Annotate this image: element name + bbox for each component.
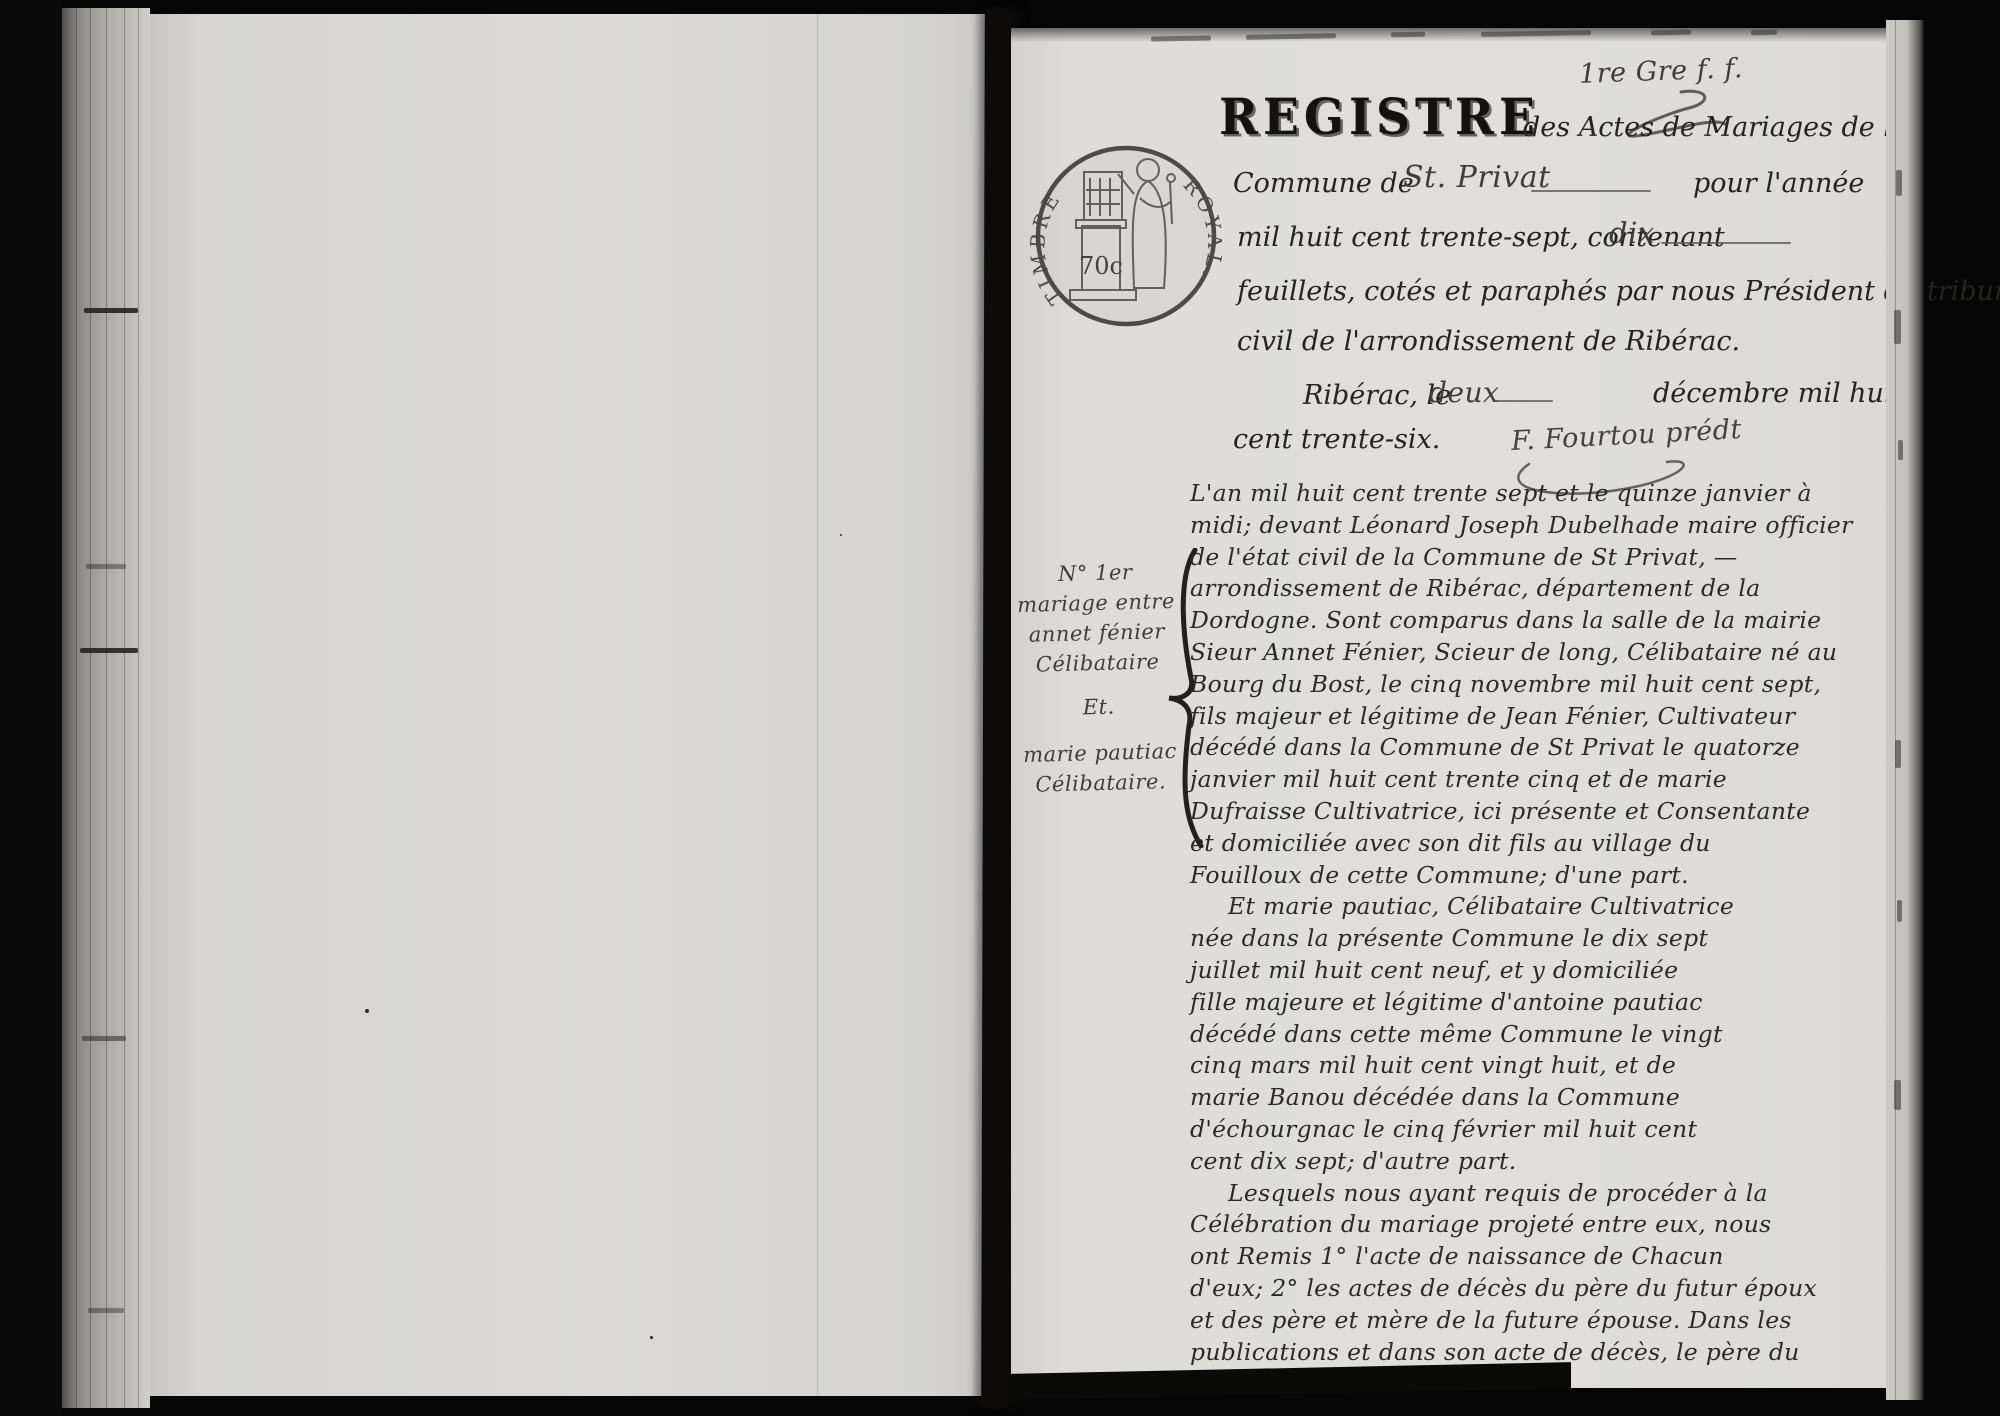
- act-text-line: décédé dans cette même Commune le vingt: [1190, 1019, 1896, 1051]
- ink-bleed-mark: [1894, 310, 1901, 344]
- act-text-line: Célébration du mariage projeté entre eux…: [1190, 1209, 1896, 1241]
- marriage-act-text: L'an mil huit cent trente sept et le qui…: [1190, 478, 1896, 1368]
- page-edge-line: [106, 8, 107, 1408]
- binding-stitch-mark: [82, 1036, 126, 1041]
- ink-bleed-mark: [1897, 900, 1902, 922]
- ruled-fill-line: [1661, 242, 1791, 244]
- act-text-line: Et marie pautiac, Célibataire Cultivatri…: [1190, 891, 1896, 923]
- register-page: 1re Gre f. f. TIMBRE ROYAL.: [1011, 28, 1886, 1388]
- paper-fold-line: [817, 14, 818, 1396]
- margin-note-line: marie pautiac: [1021, 736, 1180, 770]
- act-text-line: ont Remis 1° l'acte de naissance de Chac…: [1190, 1241, 1896, 1273]
- margin-note-line: Célibataire: [1018, 646, 1177, 680]
- act-text-line: de l'état civil de la Commune de St Priv…: [1190, 542, 1896, 574]
- stamp-denomination-label: 70c: [1079, 252, 1123, 280]
- pour-annee-label: pour l'année: [1693, 168, 1864, 199]
- arrondissement-line: civil de l'arrondissement de Ribérac.: [1237, 326, 1740, 357]
- ink-bleed-mark: [1894, 1080, 1901, 1110]
- ruled-fill-line: [1493, 400, 1553, 402]
- act-text-line: Bourg du Bost, le cinq novembre mil huit…: [1190, 669, 1896, 701]
- register-title: REGISTRE: [1219, 89, 1540, 147]
- page-edge-line: [76, 8, 77, 1408]
- act-text-line: et des père et mère de la future épouse.…: [1190, 1305, 1896, 1337]
- margin-note-line: Célibataire.: [1021, 766, 1180, 800]
- margin-note-line: Et.: [1019, 690, 1178, 724]
- binding-stitch-mark: [84, 308, 138, 313]
- title-continuation: des Actes de Mariages de la: [1523, 112, 1908, 143]
- book-scan: 1re Gre f. f. TIMBRE ROYAL.: [0, 0, 2000, 1416]
- act-text-line: Dordogne. Sont comparus dans la salle de…: [1190, 605, 1896, 637]
- act-text-line: décédé dans la Commune de St Privat le q…: [1190, 732, 1896, 764]
- act-text-line: fils majeur et légitime de Jean Fénier, …: [1190, 701, 1896, 733]
- act-text-line: Lesquels nous ayant requis de procéder à…: [1190, 1178, 1896, 1210]
- blank-left-page: [150, 14, 985, 1396]
- page-curl-shadow: [1011, 1362, 1571, 1400]
- margin-note-line: mariage entre: [1017, 586, 1176, 620]
- president-signature: F. Fourtou prédt: [1510, 414, 1742, 457]
- binding-stitch-mark: [80, 648, 138, 653]
- cutoff-text-fragment: [1651, 30, 1691, 36]
- act-text-line: cent dix sept; d'autre part.: [1190, 1146, 1896, 1178]
- margin-note-line: N° 1er: [1016, 556, 1175, 590]
- act-text-line: Fouilloux de cette Commune; d'une part.: [1190, 860, 1896, 892]
- page-edge-line: [1895, 20, 1896, 1400]
- ink-bleed-mark: [1895, 740, 1901, 768]
- scan-left-edge: [0, 0, 62, 1416]
- commune-name-entry: St. Privat: [1403, 160, 1551, 195]
- act-text-line: d'échourgnac le cinq février mil huit ce…: [1190, 1114, 1896, 1146]
- day-entry: deux: [1429, 376, 1499, 409]
- page-edge-line: [124, 8, 125, 1408]
- act-text-line: juillet mil huit cent neuf, et y domicil…: [1190, 955, 1896, 987]
- act-text-line: Dufraisse Cultivatrice, ici présente et …: [1190, 796, 1896, 828]
- act-text-line: janvier mil huit cent trente cinq et de …: [1190, 764, 1896, 796]
- binding-stitch-mark: [88, 1308, 124, 1313]
- page-edge-line: [138, 8, 139, 1408]
- page-edge-line: [90, 8, 91, 1408]
- act-text-line: arrondissement de Ribérac, département d…: [1190, 573, 1896, 605]
- book-binding-edge: [62, 8, 150, 1408]
- book-gutter-shadow: [981, 10, 1013, 1406]
- act-text-line: née dans la présente Commune le dix sept: [1190, 923, 1896, 955]
- binding-stitch-mark: [86, 564, 126, 569]
- margin-note-line: annet fénier: [1017, 616, 1176, 650]
- act-text-line: fille majeure et légitime d'antoine paut…: [1190, 987, 1896, 1019]
- timbre-royal-stamp: TIMBRE ROYAL. 70c: [1030, 138, 1222, 334]
- act-text-line: et domiciliée avec son dit fils au villa…: [1190, 828, 1896, 860]
- act-text-line: midi; devant Léonard Joseph Dubelhade ma…: [1190, 510, 1896, 542]
- act-text-line: d'eux; 2° les actes de décès du père du …: [1190, 1273, 1896, 1305]
- corner-annotation: 1re Gre f. f.: [1579, 53, 1744, 90]
- dust-speck: [650, 1336, 653, 1339]
- ink-bleed-mark: [1896, 170, 1902, 196]
- act-text-line: marie Banou décédée dans la Commune: [1190, 1082, 1896, 1114]
- act-text-line: L'an mil huit cent trente sept et le qui…: [1190, 478, 1896, 510]
- act-text-line: Sieur Annet Fénier, Scieur de long, Céli…: [1190, 637, 1896, 669]
- ruled-fill-line: [1531, 190, 1651, 192]
- month-year-label: décembre mil huit: [1653, 378, 1903, 409]
- commune-label: Commune de: [1233, 168, 1414, 199]
- feuillets-count-entry: dix: [1609, 216, 1655, 250]
- margin-note: N° 1ermariage entreannet fénierCélibatai…: [1016, 556, 1180, 800]
- cutoff-text-fragment: [1391, 32, 1425, 38]
- year-end-label: cent trente-six.: [1233, 424, 1440, 455]
- act-text-line: cinq mars mil huit cent vingt huit, et d…: [1190, 1050, 1896, 1082]
- following-pages-edge: [1886, 20, 1924, 1400]
- dust-speck: [840, 534, 842, 536]
- dust-speck: [365, 1009, 369, 1013]
- ink-bleed-mark: [1898, 440, 1903, 460]
- cutoff-text-fragment: [1751, 30, 1777, 35]
- cutoff-text-fragment: [1151, 35, 1211, 41]
